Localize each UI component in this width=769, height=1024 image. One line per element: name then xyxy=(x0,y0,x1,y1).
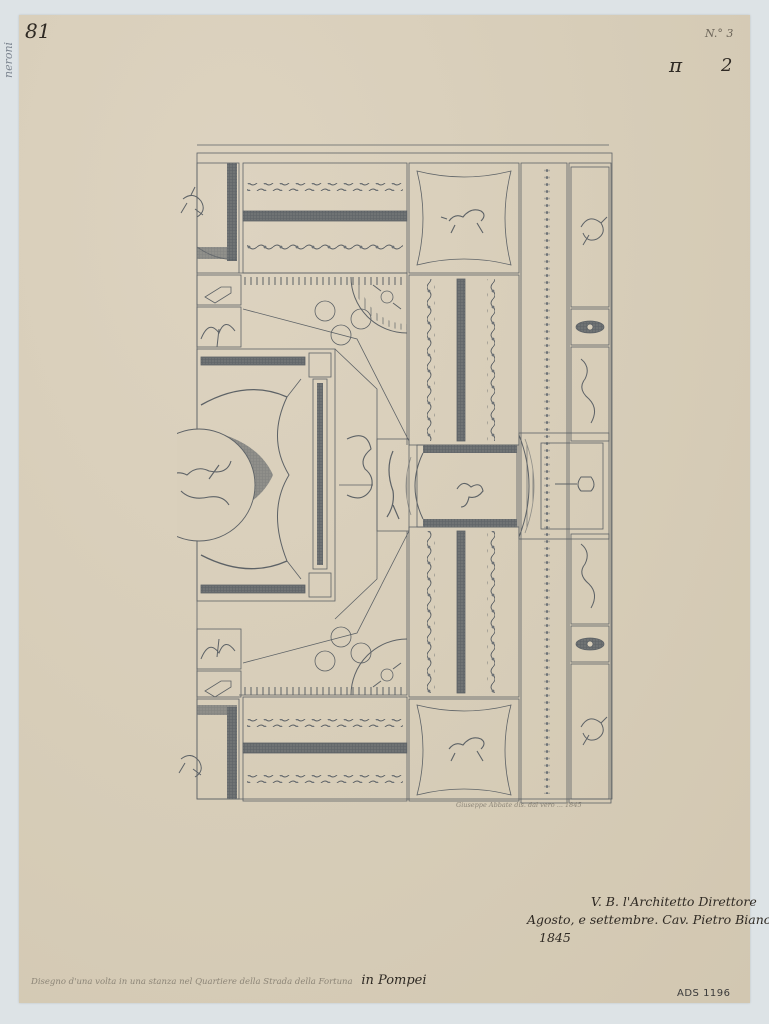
caption: Disegno d'una volta in una stanza nel Qu… xyxy=(31,973,427,988)
signature-line-1: V. B. l'Architetto Direttore xyxy=(527,893,749,911)
plate-digit: 2 xyxy=(721,55,732,76)
caption-text: Disegno d'una volta in una stanza nel Qu… xyxy=(31,977,353,987)
caption-place: in Pompei xyxy=(361,973,426,988)
ceiling-drawing xyxy=(177,139,614,804)
archive-id: ADS 1196 xyxy=(677,988,731,999)
signature-line-2: Agosto, e settembre. Cav. Pietro Bianchi xyxy=(527,911,749,929)
folio-number: 81 xyxy=(25,19,50,43)
drawing-credit: Giuseppe Abbate dis. dal vero ... 1845 xyxy=(456,801,582,809)
signature-block: V. B. l'Architetto Direttore Agosto, e s… xyxy=(527,893,749,947)
paper-sheet: 81 N.° 3 π 2 xyxy=(19,15,750,1003)
plate-letter: π xyxy=(669,53,682,77)
signature-line-3: 1845 xyxy=(527,929,749,947)
plate-number: N.° 3 xyxy=(705,27,733,40)
mount-label: neroni xyxy=(2,18,18,78)
